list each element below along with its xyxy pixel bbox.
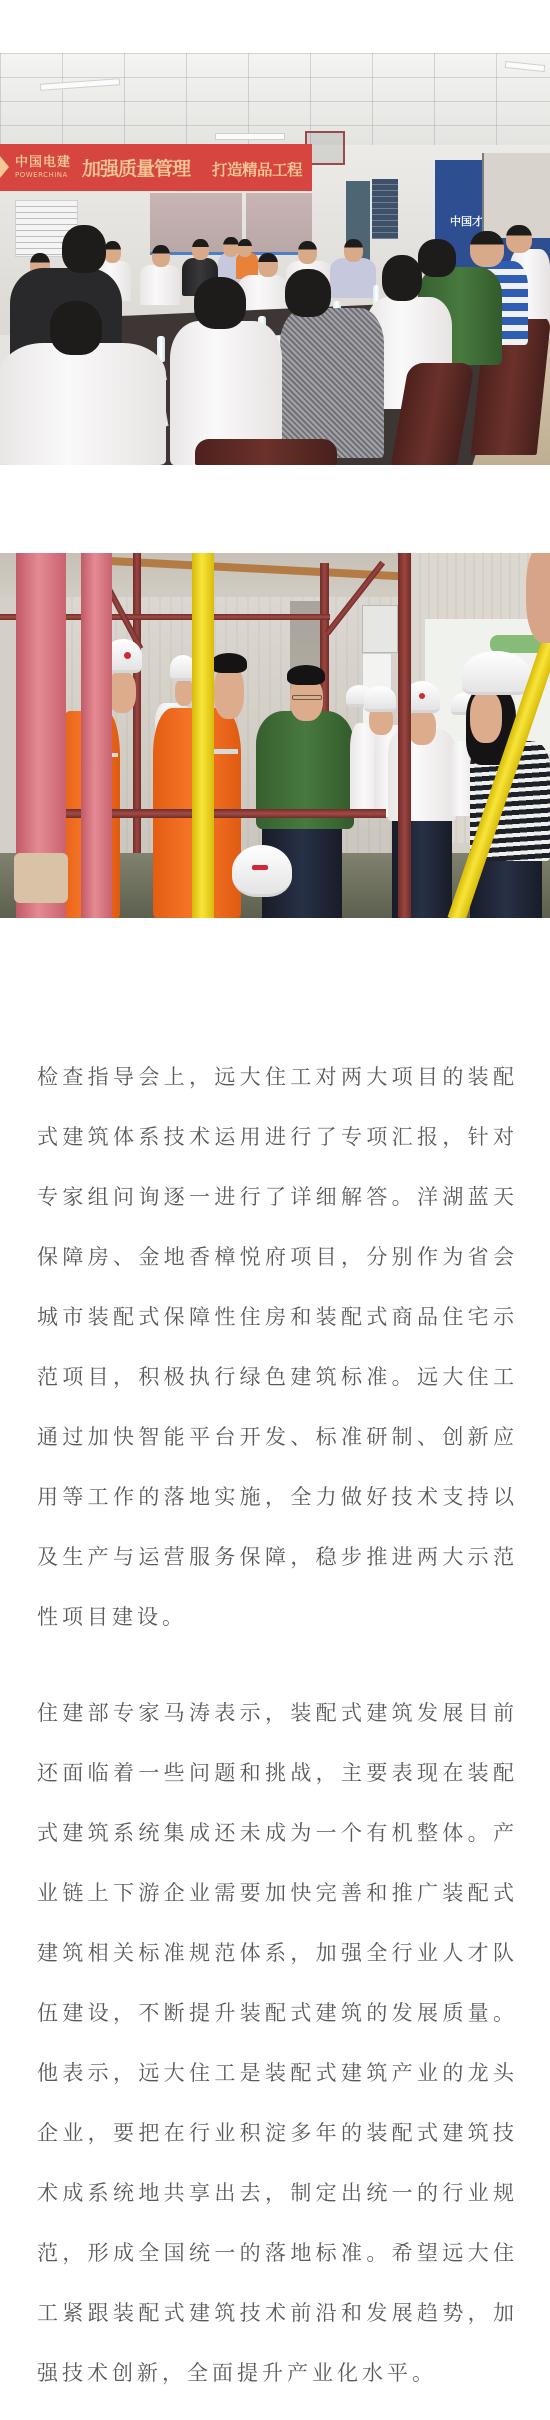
ceiling-vent	[215, 133, 285, 140]
banner-slogan-1: 加强质量管理	[82, 154, 190, 181]
text-line: 性项目建设。	[37, 1587, 514, 1647]
text-line: 住建部专家马涛表示，装配式建筑发展目前	[37, 1683, 514, 1743]
text-line: 范项目，积极执行绿色建筑标准。远大住工	[37, 1347, 514, 1407]
hard-hat-logo	[124, 652, 131, 659]
attendee-head	[298, 241, 317, 264]
hard-hat-in-hand	[232, 845, 292, 897]
slogan-banner: 中国电建 POWERCHINA 加强质量管理 打造精品工程	[0, 144, 312, 191]
attendee-body	[0, 343, 166, 465]
article-body: 检查指导会上，远大住工对两大项目的装配 式建筑体系技术运用进行了专项汇报，针对 …	[37, 1047, 514, 2403]
attendee-body	[140, 265, 180, 305]
text-line: 业链上下游企业需要加快完善和推广装配式	[37, 1863, 514, 1923]
text-line: 他表示，远大住工是装配式建筑产业的龙头	[37, 2043, 514, 2103]
text-line: 伍建设，不断提升装配式建筑的发展质量。	[37, 1983, 514, 2043]
inspector-face	[175, 678, 193, 706]
worker-face	[108, 671, 136, 713]
text-line: 城市装配式保障性住房和装配式商品住宅示	[37, 1287, 514, 1347]
attendee-head	[238, 239, 252, 257]
logo-arrow-icon	[0, 156, 9, 178]
text-line: 式建筑系统集成还未成为一个有机整体。产	[37, 1803, 514, 1863]
text-line: 企业，要把在行业积淀多年的装配式建筑技	[37, 2103, 514, 2163]
attendee-head	[470, 231, 504, 267]
hard-hat	[462, 651, 530, 695]
text-line: 用等工作的落地实施，全力做好技术支持以	[37, 1467, 514, 1527]
hard-hat	[364, 686, 396, 712]
banner-logo-cn: 中国电建	[15, 151, 71, 170]
hard-hat-logo	[252, 865, 268, 870]
paragraph-2: 住建部专家马涛表示，装配式建筑发展目前 还面临着一些问题和挑战，主要表现在装配 …	[37, 1683, 514, 2403]
text-line: 还面临着一些问题和挑战，主要表现在装配	[37, 1743, 514, 1803]
banner-logo-en: POWERCHINA	[15, 171, 68, 179]
attendee-head	[62, 225, 106, 273]
site-inspection-photo	[0, 553, 550, 918]
text-line: 通过加快智能平台开发、标准研制、创新应	[37, 1407, 514, 1467]
text-line: 保障房、金地香樟悦府项目，分别作为省会	[37, 1227, 514, 1287]
hard-hat-logo	[419, 693, 425, 699]
chair	[195, 439, 337, 465]
attendee-head	[506, 225, 532, 253]
attendee-head	[382, 255, 422, 301]
worker-face	[214, 665, 244, 719]
text-line: 建筑相关标准规范体系，加强全行业人才队	[37, 1923, 514, 1983]
attendee-head	[285, 269, 331, 317]
attendee-patterned-shirt	[280, 308, 384, 458]
inspector-face	[408, 709, 436, 745]
attendee-head	[192, 239, 209, 260]
text-line: 式建筑体系技术运用进行了专项汇报，针对	[37, 1107, 514, 1167]
text-line: 强技术创新，全面提升产业化水平。	[37, 2343, 514, 2403]
board-text: 中国才	[450, 213, 483, 229]
reflective-stripe	[210, 749, 238, 754]
inspector-face	[470, 691, 502, 743]
attendee-head	[223, 237, 239, 257]
scaffold-pole-pink	[81, 553, 112, 918]
text-line: 术成系统地共享出去，制定出统一的行业规	[37, 2163, 514, 2223]
foreground-person	[526, 553, 550, 643]
pole-base-wrap	[14, 853, 68, 903]
attendee-head	[152, 245, 170, 267]
meeting-photo: 中国电建 POWERCHINA 加强质量管理 打造精品工程 中国才	[0, 53, 550, 465]
scaffold-pole-yellow	[192, 553, 214, 918]
key-cabinet	[372, 179, 398, 239]
electrical-box	[362, 605, 398, 653]
text-line: 及生产与运营服务保障，稳步推进两大示范	[37, 1527, 514, 1587]
attendee-head	[258, 253, 278, 277]
worker-hair	[211, 653, 247, 673]
paragraph-1: 检查指导会上，远大住工对两大项目的装配 式建筑体系技术运用进行了专项汇报，针对 …	[37, 1047, 514, 1647]
attendee-head	[50, 301, 102, 355]
text-line: 检查指导会上，远大住工对两大项目的装配	[37, 1047, 514, 1107]
attendee-head	[194, 277, 246, 329]
text-line: 工紧跟装配式建筑技术前沿和发展趋势，加	[37, 2283, 514, 2343]
attendee-head	[344, 239, 363, 262]
attendee-head	[104, 241, 121, 263]
banner-slogan-2: 打造精品工程	[212, 158, 302, 180]
attendee-head	[418, 239, 456, 277]
inspector-hair	[287, 665, 325, 685]
scaffold-pole-red	[398, 553, 411, 918]
attendee-body	[330, 258, 376, 298]
glasses-icon	[292, 695, 322, 700]
text-line: 范，形成全国统一的落地标准。希望远大住	[37, 2223, 514, 2283]
text-line: 专家组问询逐一进行了详细解答。洋湖蓝天	[37, 1167, 514, 1227]
